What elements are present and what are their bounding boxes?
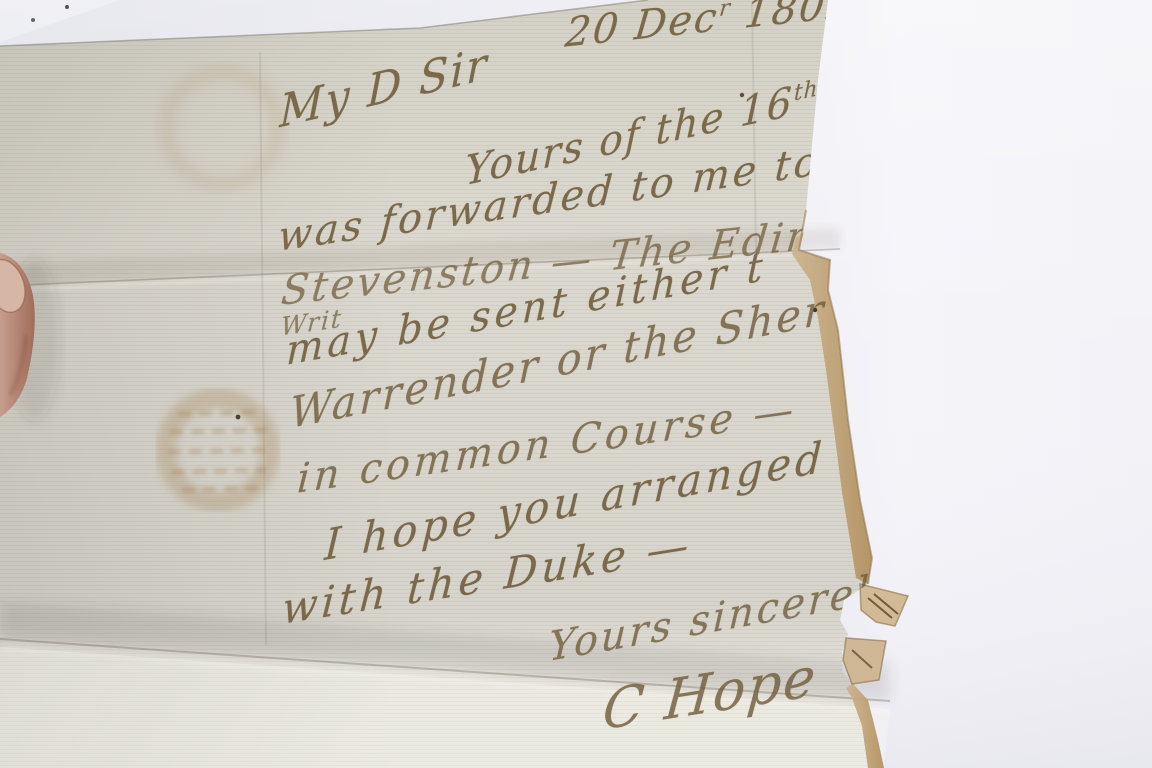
- edge-speck: [813, 308, 817, 312]
- letter-photo-graphic: [0, 0, 1152, 768]
- backdrop-speck: [65, 5, 69, 9]
- ink-dot: [740, 93, 744, 97]
- backdrop-speck: [31, 18, 35, 22]
- photo-of-handwritten-letter: 20 Decr 1802 My D Sir Yours of the 16th …: [0, 0, 1152, 768]
- paper-speck: [236, 415, 241, 420]
